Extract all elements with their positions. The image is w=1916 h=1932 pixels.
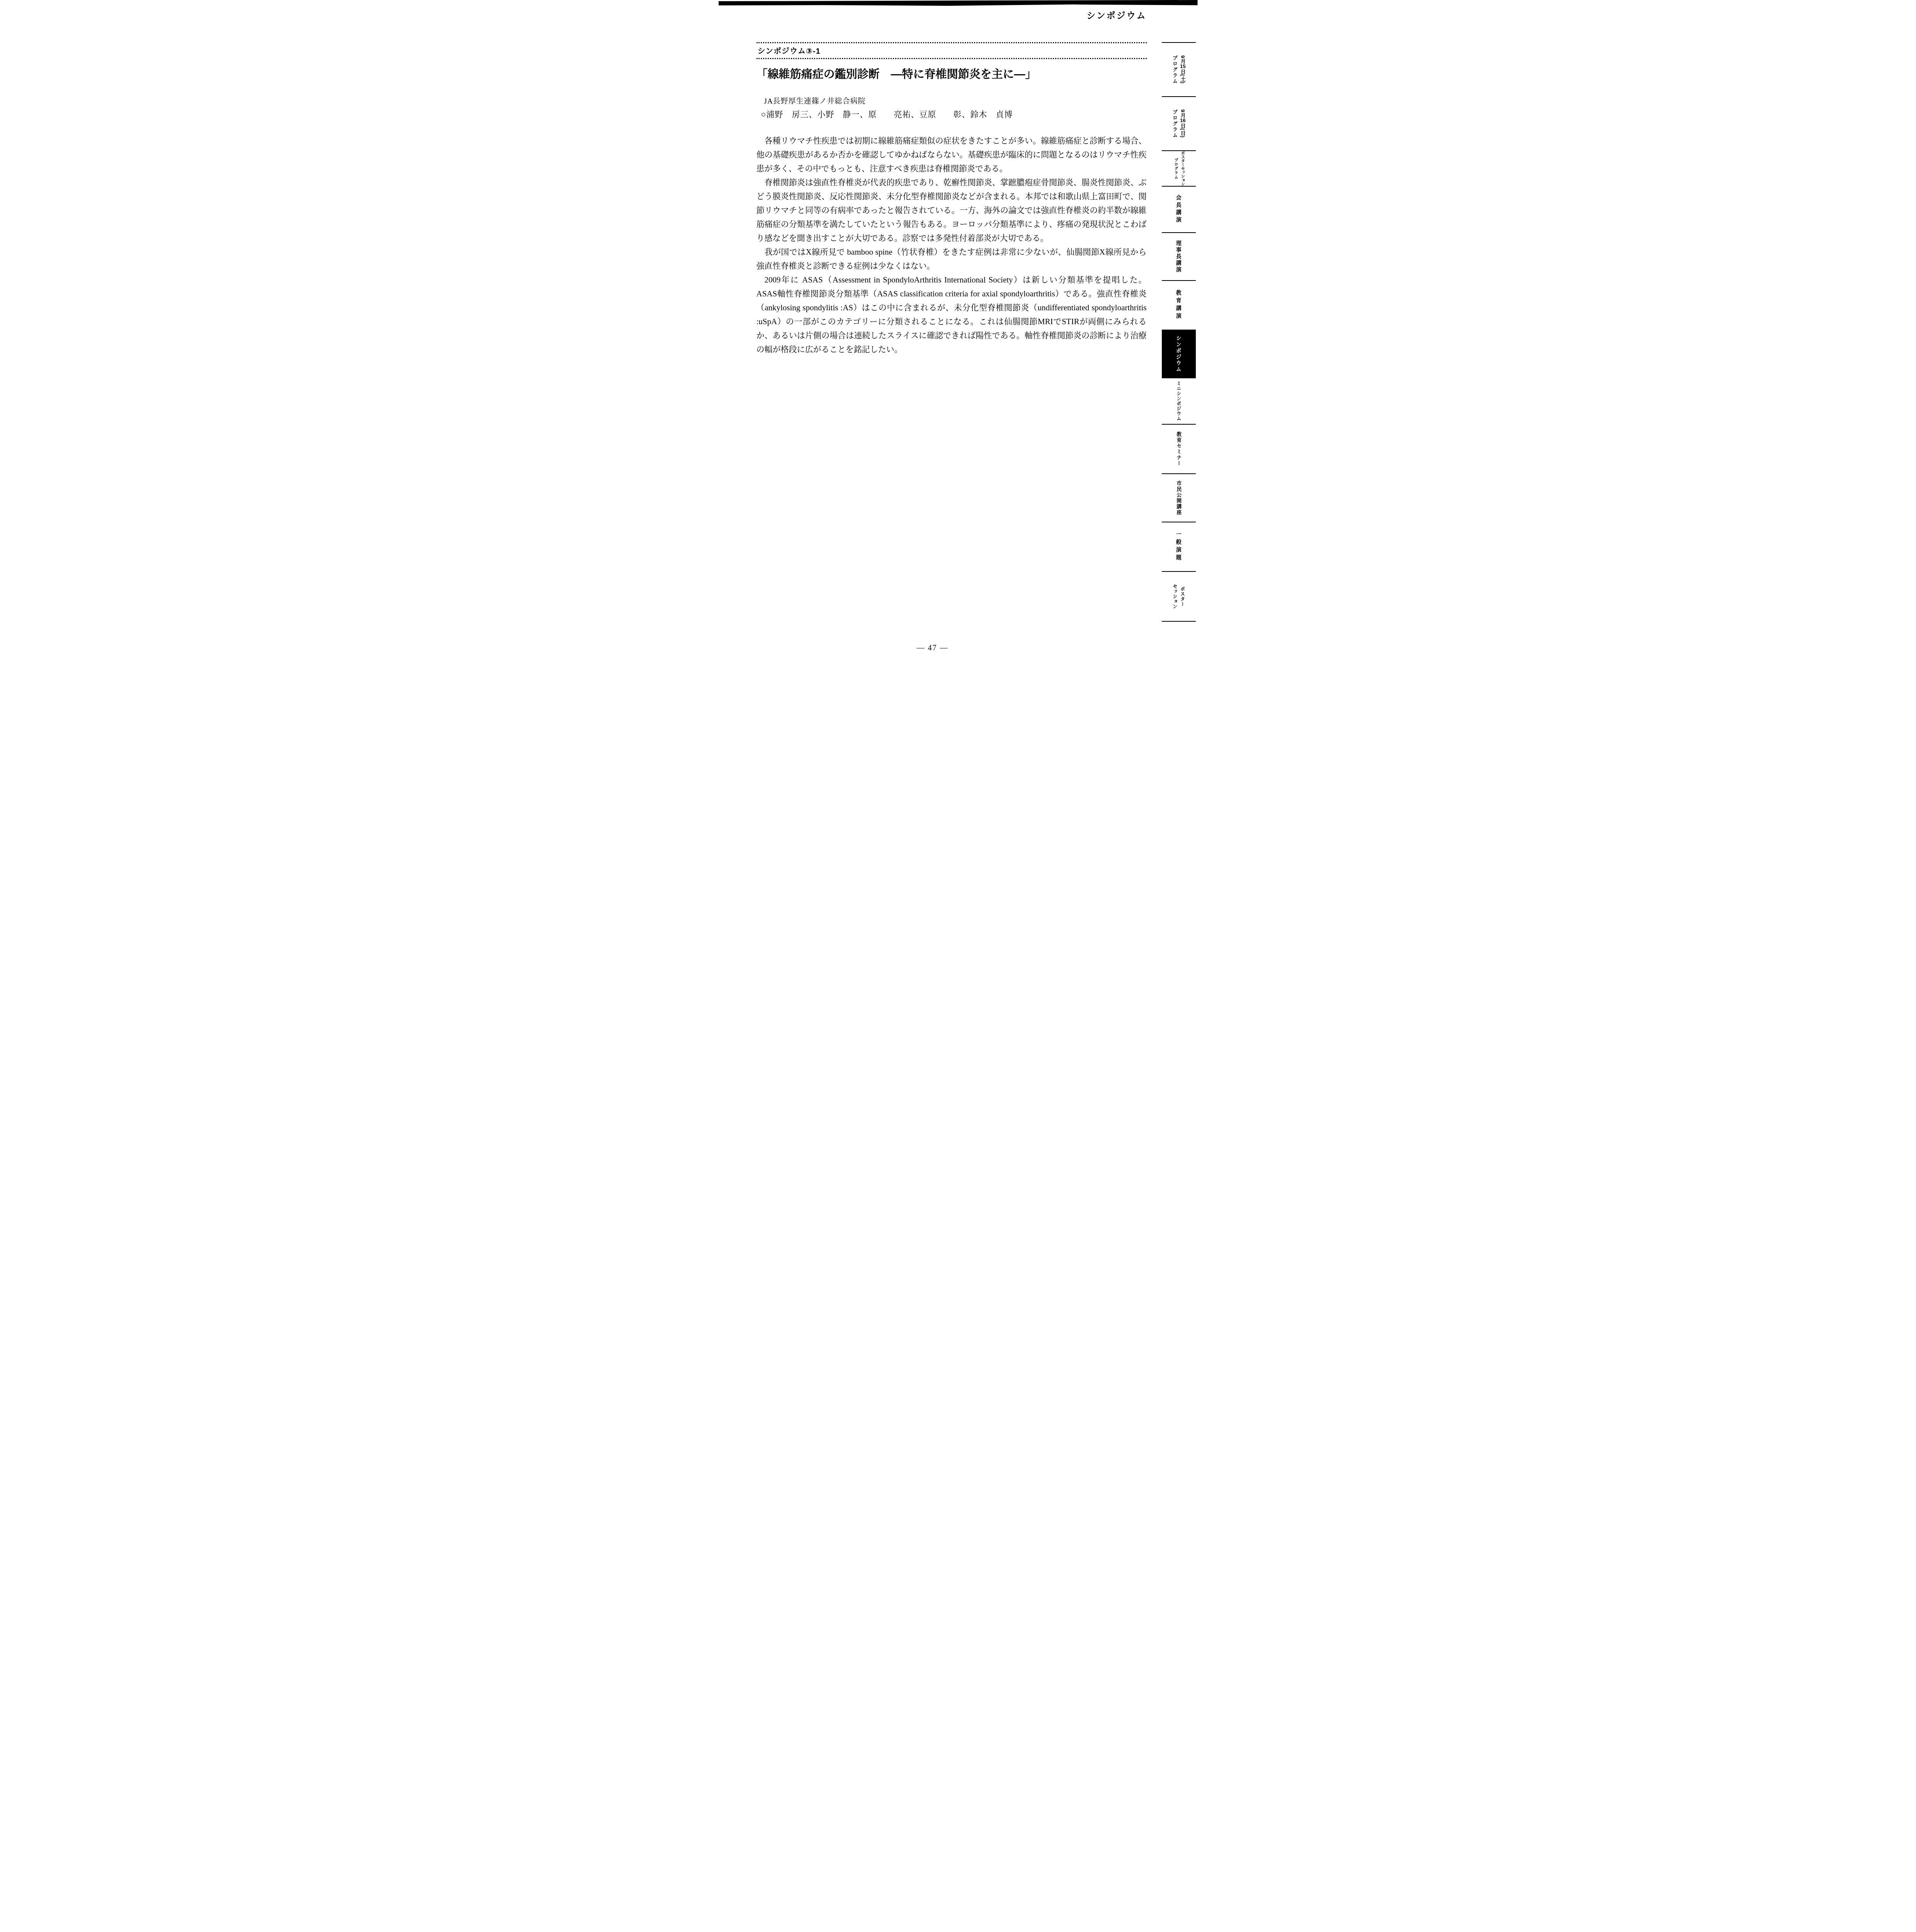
tab-label-program: プログラム (1173, 158, 1178, 179)
sidebar-tab-program-sep16: 9月16日(日) プログラム (1162, 96, 1196, 150)
tab-label-date: 9月15日(土) (1180, 55, 1185, 84)
sidebar-tab-poster-session-program: ポスターセッション プログラム (1162, 150, 1196, 186)
tab-label-program: プログラム (1172, 55, 1177, 84)
affiliation: JA長野厚生連篠ノ井総合病院 (764, 95, 866, 106)
sidebar-tab-mini-symposium: ミニシンポジウム (1162, 378, 1196, 424)
sidebar-index: 9月15日(土) プログラム 9月16日(日) プログラム ポスターセッション … (1162, 42, 1196, 622)
scan-edge-artifact (719, 0, 1198, 7)
sidebar-tab-public-lecture: 市民公開講座 (1162, 473, 1196, 522)
sidebar-tab-chairman-lecture: 理事長講演 (1162, 232, 1196, 280)
sidebar-tab-program-sep15: 9月15日(土) プログラム (1162, 42, 1196, 96)
abstract-paragraph: 我が国ではX線所見で bamboo spine（竹状脊椎）をきたす症例は非常に少… (757, 245, 1147, 273)
authors-line: ○浦野 房三、小野 静一、原 亮祐、豆原 彰、鈴木 貞博 (761, 108, 1013, 120)
tab-label: ポスターセッション (1180, 151, 1184, 186)
abstract-body: 各種リウマチ性疾患では初期に線維筋痛症類似の症状をきたすことが多い。線維筋痛症と… (757, 134, 1147, 356)
tab-label: 理事長講演 (1176, 240, 1182, 273)
tab-label: シンポジウム (1176, 335, 1182, 372)
section-label-box: シンポジウム③-1 (757, 42, 1147, 59)
tab-label: 教育セミナー (1176, 432, 1182, 466)
tab-label: ミニシンポジウム (1176, 381, 1181, 421)
sidebar-tab-education-seminar: 教育セミナー (1162, 424, 1196, 473)
tab-label-date: 9月16日(日) (1180, 109, 1185, 138)
tab-date-day: 16 (1180, 118, 1186, 123)
tab-date-day: 15 (1180, 64, 1186, 69)
sidebar-tab-poster-session: ポスター セッション (1162, 571, 1196, 622)
tab-label: 会長講演 (1176, 195, 1182, 224)
abstract-page: シンポジウム シンポジウム③-1 「線維筋痛症の鑑別診断 ―特に脊椎関節炎を主に… (719, 0, 1198, 678)
tab-date-month: 9月 (1180, 55, 1186, 64)
sidebar-tab-symposium: シンポジウム (1162, 330, 1196, 378)
abstract-paragraph: 脊椎関節炎は強直性脊椎炎が代表的疾患であり、乾癬性関節炎、掌蹠膿疱症骨関節炎、腸… (757, 175, 1147, 245)
abstract-paragraph: 2009年に ASAS（Assessment in SpondyloArthri… (757, 273, 1147, 356)
abstract-title: 「線維筋痛症の鑑別診断 ―特に脊椎関節炎を主に―」 (757, 66, 1147, 82)
tab-label: 一般演題 (1176, 531, 1182, 562)
tab-label-program: プログラム (1172, 109, 1177, 138)
tab-label: 教育講演 (1176, 290, 1182, 321)
tab-label-sub: セッション (1172, 584, 1177, 609)
tab-date-month: 9月 (1180, 109, 1186, 118)
page-number: ― 47 ― (719, 644, 1147, 653)
abstract-paragraph: 各種リウマチ性疾患では初期に線維筋痛症類似の症状をきたすことが多い。線維筋痛症と… (757, 134, 1147, 175)
sidebar-tab-president-lecture: 会長講演 (1162, 186, 1196, 232)
tab-date-weekday: 日(土) (1180, 69, 1186, 84)
tab-date-weekday: 日(日) (1180, 123, 1186, 138)
section-label: シンポジウム③-1 (758, 47, 821, 56)
sidebar-tab-education-lecture: 教育講演 (1162, 280, 1196, 330)
tab-label: 市民公開講座 (1176, 481, 1182, 515)
running-header: シンポジウム (1086, 9, 1146, 21)
tab-label: ポスター (1180, 587, 1185, 607)
sidebar-tab-general-presentation: 一般演題 (1162, 522, 1196, 571)
